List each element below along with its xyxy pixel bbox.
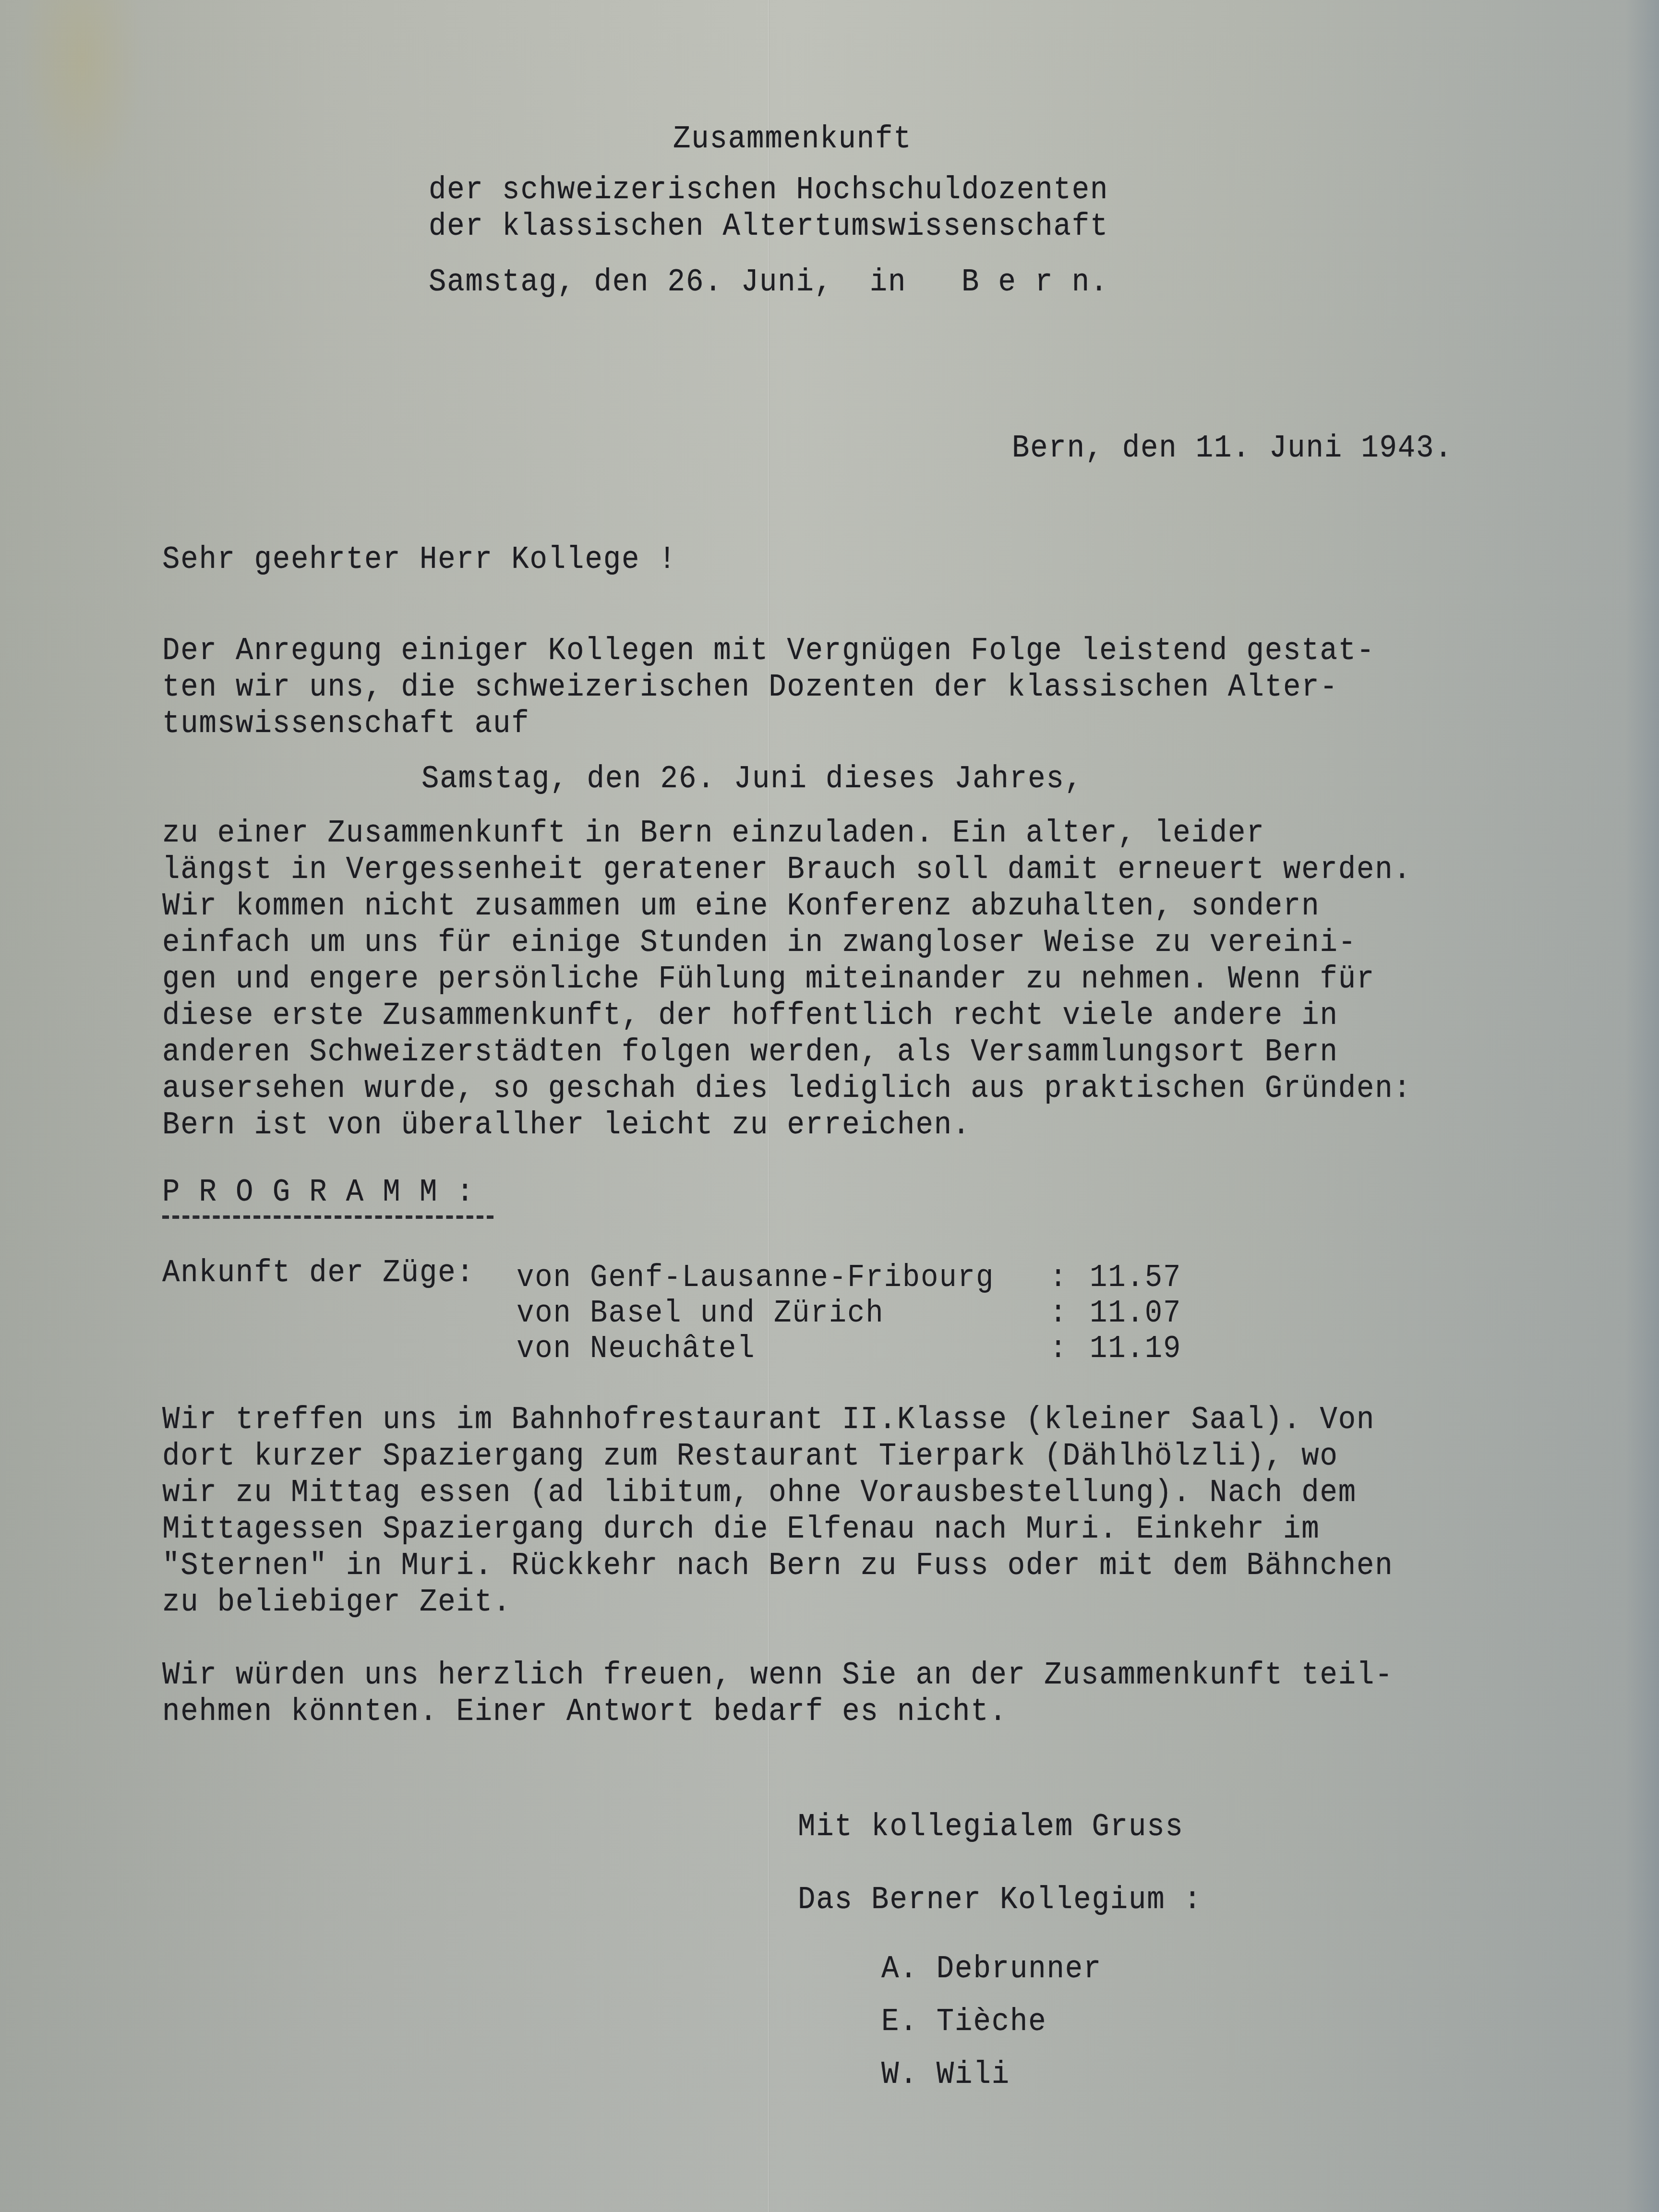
paragraph-line: diese erste Zusammenkunft, der hoffentli…	[162, 998, 1338, 1034]
train-separator: :	[1049, 1295, 1068, 1332]
closing-greeting: Mit kollegialem Gruss	[798, 1809, 1184, 1845]
paragraph-line: zu einer Zusammenkunft in Bern einzulade…	[162, 815, 1265, 852]
train-origin: von Genf-Lausanne-Fribourg	[517, 1260, 994, 1296]
paragraph-line: ten wir uns, die schweizerischen Dozente…	[162, 669, 1338, 706]
salutation: Sehr geehrter Herr Kollege !	[162, 541, 677, 578]
closing-group: Das Berner Kollegium :	[798, 1882, 1202, 1918]
header-subtitle-line1: der schweizerischen Hochschuldozenten	[429, 172, 1108, 208]
paragraph-line: gen und engere persönliche Fühlung mitei…	[162, 961, 1375, 998]
train-time: 11.07	[1090, 1295, 1181, 1332]
paragraph-line: nehmen könnten. Einer Antwort bedarf es …	[162, 1694, 1008, 1730]
paragraph-line: Der Anregung einiger Kollegen mit Vergnü…	[162, 633, 1375, 669]
paragraph-line: wir zu Mittag essen (ad libitum, ohne Vo…	[162, 1475, 1357, 1511]
trains-label: Ankunft der Züge:	[162, 1255, 475, 1291]
paper-stain	[19, 0, 144, 202]
dateline: Bern, den 11. Juni 1943.	[1012, 430, 1453, 467]
paragraph-line: Wir kommen nicht zusammen um eine Konfer…	[162, 888, 1320, 925]
signatory: A. Debrunner	[881, 1951, 1102, 1987]
paragraph-line: zu beliebiger Zeit.	[162, 1584, 511, 1621]
train-origin: von Basel und Zürich	[517, 1295, 884, 1332]
train-origin: von Neuchâtel	[517, 1331, 756, 1367]
train-time: 11.57	[1090, 1260, 1181, 1296]
train-time: 11.19	[1090, 1331, 1181, 1367]
paragraph-line: tumswissenschaft auf	[162, 706, 530, 742]
train-separator: :	[1049, 1260, 1068, 1296]
header-title: Zusammenkunft	[673, 121, 912, 157]
paragraph-line: Bern ist von überallher leicht zu erreic…	[162, 1107, 971, 1143]
centered-date-line: Samstag, den 26. Juni dieses Jahres,	[421, 761, 1083, 797]
paragraph-line: "Sternen" in Muri. Rückkehr nach Bern zu…	[162, 1548, 1394, 1584]
paragraph-line: einfach um uns für einige Stunden in zwa…	[162, 925, 1357, 961]
paragraph-line: anderen Schweizerstädten folgen werden, …	[162, 1034, 1338, 1070]
program-heading: P R O G R A M M :	[162, 1174, 475, 1211]
paragraph-line: dort kurzer Spaziergang zum Restaurant T…	[162, 1438, 1338, 1475]
train-separator: :	[1049, 1331, 1068, 1367]
program-heading-underline	[162, 1215, 493, 1219]
paragraph-line: längst in Vergessenheit geratener Brauch…	[162, 852, 1412, 888]
signatory: E. Tièche	[881, 2004, 1047, 2040]
header-subtitle-line2: der klassischen Altertumswissenschaft	[429, 208, 1108, 245]
signatory: W. Wili	[881, 2056, 1010, 2093]
header-event-line: Samstag, den 26. Juni, in B e r n.	[429, 264, 1108, 301]
paragraph-line: Wir treffen uns im Bahnhofrestaurant II.…	[162, 1402, 1375, 1438]
paragraph-line: Mittagessen Spaziergang durch die Elfena…	[162, 1511, 1320, 1548]
paper-edge-shadow	[1625, 0, 1659, 2212]
paragraph-line: ausersehen wurde, so geschah dies ledigl…	[162, 1070, 1412, 1107]
paragraph-line: Wir würden uns herzlich freuen, wenn Sie…	[162, 1657, 1394, 1694]
